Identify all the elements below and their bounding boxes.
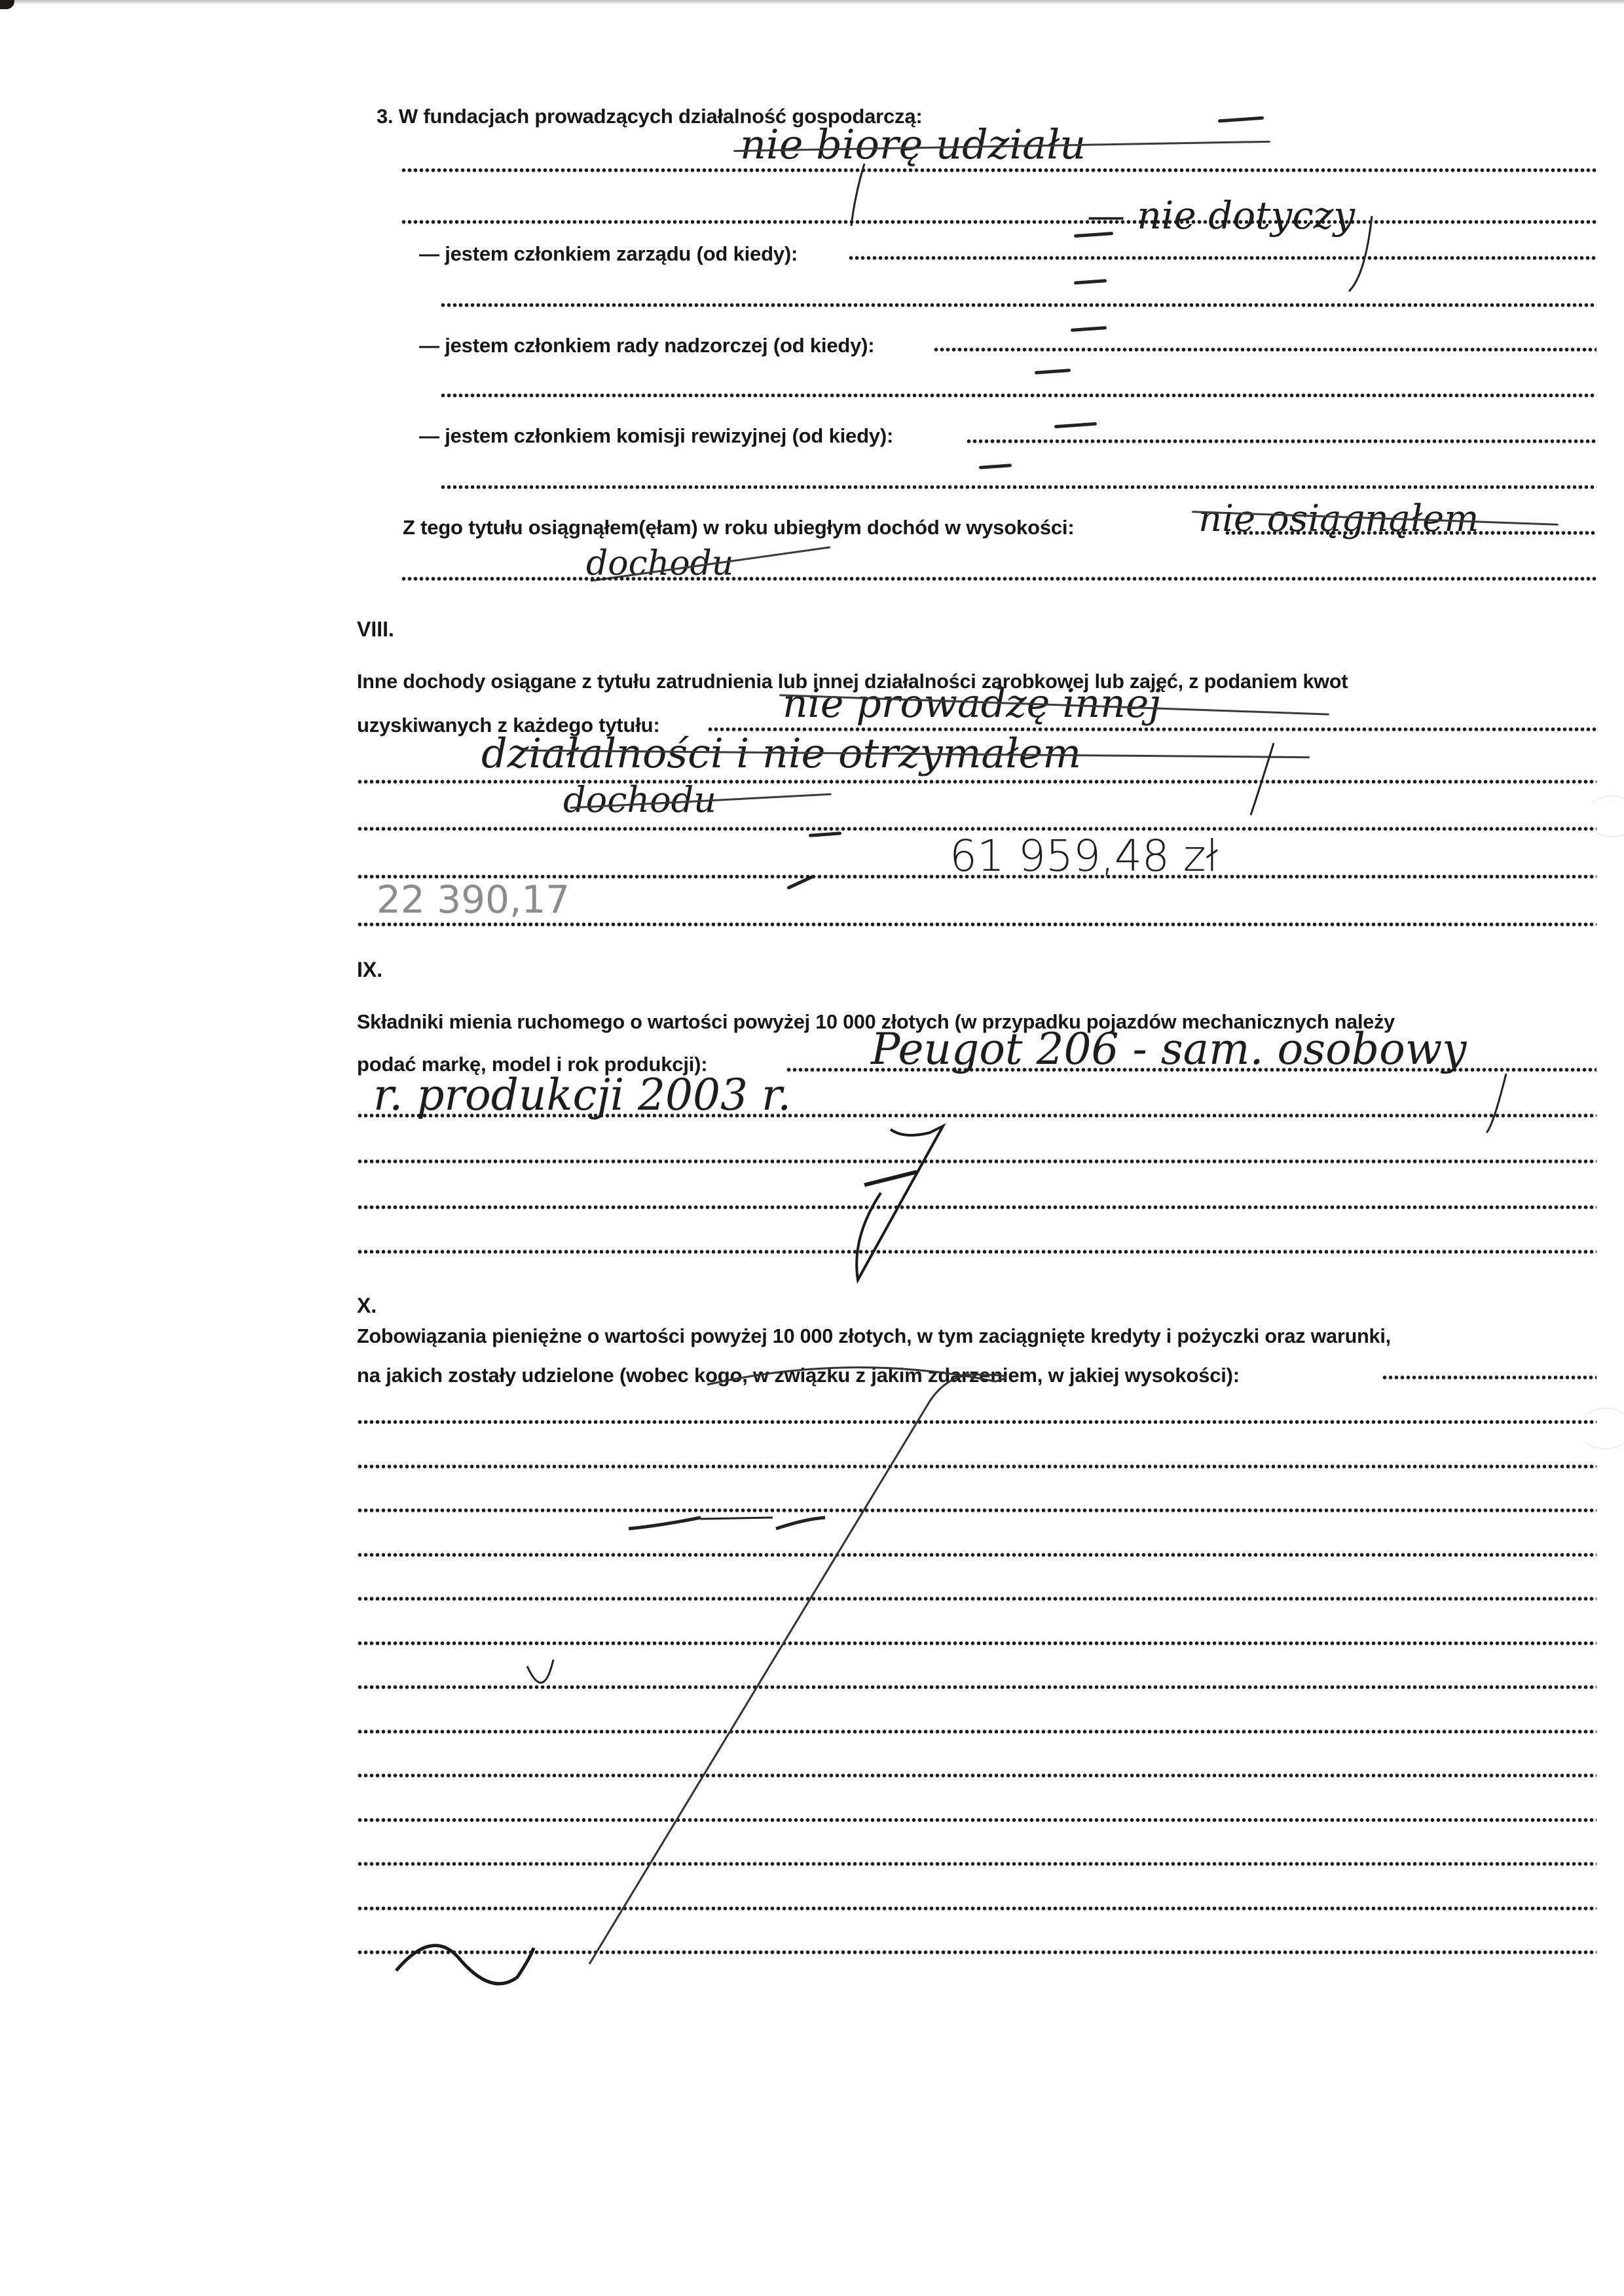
ink-strokes [0,0,1624,2296]
declaration-page: 3. W fundacjach prowadzących działalność… [0,0,1624,2296]
